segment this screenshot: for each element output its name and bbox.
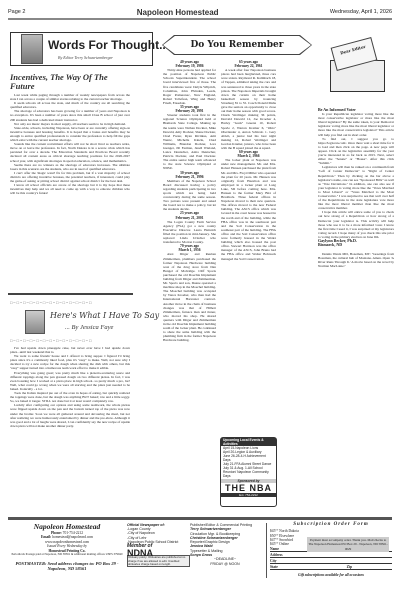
state-zip-row: State Zip <box>270 565 392 570</box>
event-item: July 31 & Aug. 1-All School Reunion/ Nap… <box>221 466 276 478</box>
editor-photo <box>21 34 43 64</box>
column-body: I've had upside down pineapple cake, but… <box>10 346 130 428</box>
entry-text: Thirty-nine persons had applied for the … <box>163 68 216 105</box>
address-field[interactable]: Address <box>270 553 392 558</box>
entry-text: Alex Ditger and Reuben Zimmerman, plumbe… <box>163 252 216 342</box>
paragraph: I hope this article will entice some of … <box>318 210 394 239</box>
editorial-headline: Incentives, The Way Of The Future <box>10 73 130 91</box>
deadline-time: FRIDAY @ NOON <box>190 562 260 566</box>
paragraph: To find out, I suggest you go to https:/… <box>318 137 394 166</box>
page-header: Page 2 Napoleon Homestead Wednesday, Apr… <box>8 6 392 20</box>
sponsor-name: THE NBA <box>221 483 276 493</box>
state-field[interactable]: State <box>270 565 278 569</box>
columnist-photo <box>25 310 45 334</box>
sponsor-phone: Ext. 754-2212 <box>221 493 276 497</box>
paragraph: Everything was going great; was pretty m… <box>10 371 130 391</box>
subscription-title: Subscription Order Form <box>270 523 392 527</box>
event-item: June 26-28-4-H Achievement Days <box>221 454 276 462</box>
editorial-body: Last week while paging through a number … <box>10 93 130 195</box>
subscription-form: Subscription Order Form $45°° North Dako… <box>266 523 392 578</box>
zip-field[interactable]: Zip <box>347 565 352 569</box>
dyr-column-1: 40 years ago February 19, 1986 Thirty-ni… <box>163 60 216 342</box>
masthead: Napoleon Homestead Phone: 701-754-2212 E… <box>8 523 126 571</box>
paragraph: It seem schools all across the state, an… <box>10 101 130 109</box>
paragraph: Took the Italian inspired pie out of the… <box>10 391 130 403</box>
postmaster-note: POSTMASTER: Send address changes to: PO … <box>8 561 126 571</box>
column-title: Here's What I Have To Say <box>50 311 159 320</box>
page-number: Page 2 <box>8 9 25 15</box>
section-divider <box>8 293 133 295</box>
column-byline: ... By Jessica Faye <box>65 324 113 331</box>
paragraph: Is your Republican legislator voting mor… <box>318 112 394 137</box>
obituary-policy: Obituary policy: Obituaries are publishe… <box>127 555 190 567</box>
entry-text: The Logan County Farm Service Agency (FS… <box>163 220 216 245</box>
paragraph: The shortage of educators has been growi… <box>10 109 130 121</box>
dyr-title: Do You Remember <box>163 36 311 54</box>
paragraph: We went to some friends' house and I off… <box>10 354 130 370</box>
gift-note: Gift subscriptions available for all occ… <box>270 573 392 577</box>
email-label: Email: <box>41 535 51 539</box>
postage-note: Periodicals Postage paid at Napoleon, ND… <box>8 553 126 557</box>
masthead-name: Napoleon Homestead <box>8 523 126 531</box>
phone-label: Phone: <box>51 531 62 535</box>
signature-place: Bismarck, ND <box>318 243 394 247</box>
paragraph: Legislators will then be ranked on a con… <box>318 165 394 210</box>
city-field[interactable]: City <box>270 559 392 564</box>
paragraph: I know all school officials are aware of… <box>10 183 130 195</box>
payment-note: Payment must accompany order. Thank you.… <box>307 537 389 552</box>
entry-text: The locker plant at Napoleon was under n… <box>221 158 276 260</box>
footer-divider <box>8 517 392 520</box>
dyr-column-2: 65 years ago February 22, 1961 A week af… <box>221 60 276 261</box>
entry-text: A week after four Napoleon business plac… <box>221 68 276 150</box>
letter-body: Be An Informed Voter Is your Republican … <box>318 108 394 269</box>
entry-text: Members of the Napoleon School Board dis… <box>163 179 216 212</box>
paragraph: Sounds like the current recruitment effo… <box>10 142 130 162</box>
staff-list: Publisher/Editor & Commercial Printing T… <box>190 523 260 566</box>
email-link[interactable]: homestead@napoleond.com <box>52 535 93 539</box>
issue-date: Wednesday, April 1, 2026 <box>330 9 392 15</box>
events-title: Upcoming Local Events & Activities <box>221 438 276 446</box>
paragraph: State-wide, schools, including Napoleon,… <box>10 126 130 142</box>
paragraph: Last week while paging through a number … <box>10 93 130 101</box>
paragraph: I've had upside down pineapple cake, but… <box>10 346 130 354</box>
decorative-border: □~□~□~□~□~□~□~□~□~□~□~□~□ <box>10 300 130 305</box>
column-byline: By Editor Terry Schwartzenberger <box>58 55 113 60</box>
official-newspaper: Official Newspaper of: -Logan County -Ci… <box>127 523 190 567</box>
paragraph: Luckily after configuring our options an… <box>10 403 130 428</box>
newspaper-title: Napoleon Homestead <box>137 8 219 17</box>
paragraph: I can't offer the 'magic wand' fix for t… <box>10 171 130 183</box>
reader-greeting: Dennis Wentz MD, Bozeman, MT: "Greetings… <box>318 252 394 268</box>
phone: 701-754-2212 <box>63 531 83 535</box>
decorative-border: □~□~□~□~□~□~□~□~□~□~□~□~□ <box>10 338 130 343</box>
column-title: Words For Thought... <box>48 38 169 52</box>
events-box: Upcoming Local Events & Activities April… <box>220 437 277 507</box>
entry-text: Streeter students took first in the regi… <box>163 113 216 170</box>
paragraph: Seems there are no winners as the shorta… <box>10 163 130 171</box>
